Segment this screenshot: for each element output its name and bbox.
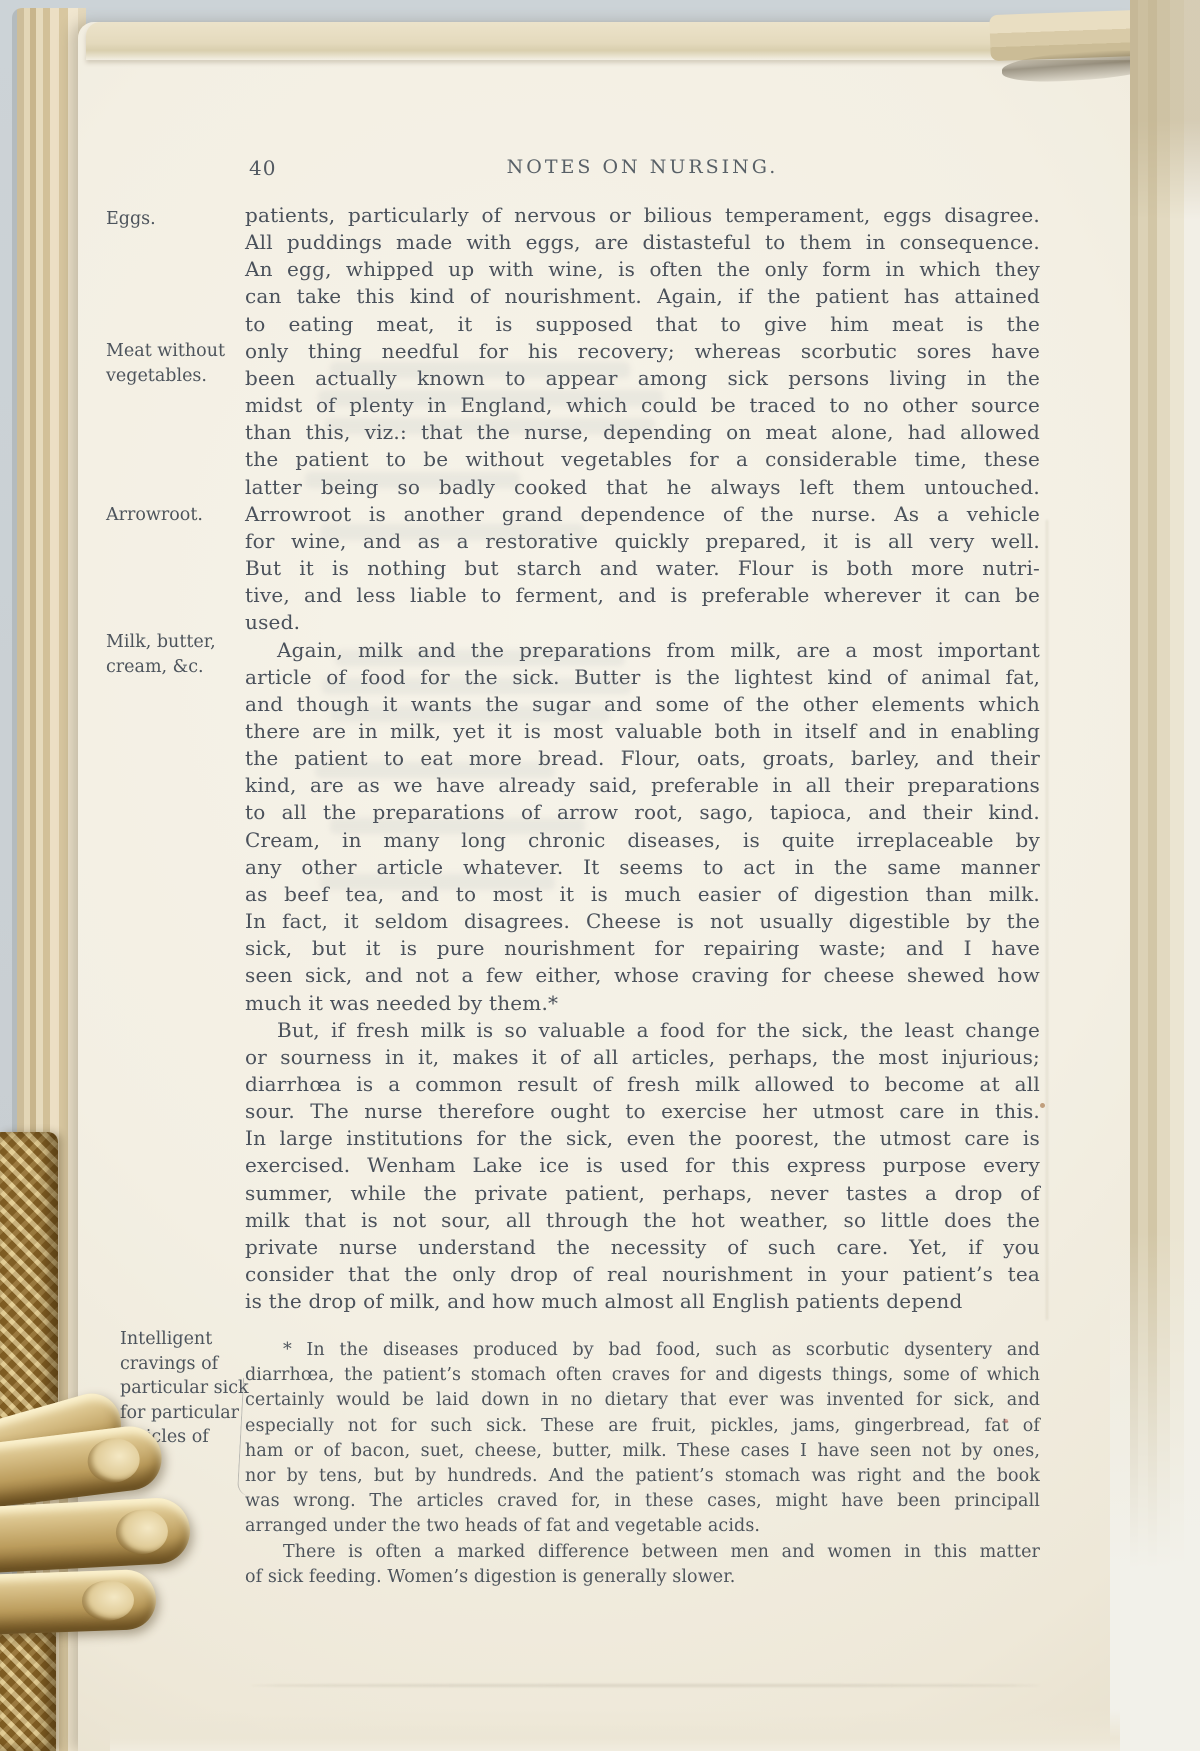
body-line: milk that is not sour, all through the h… [245, 1207, 1040, 1234]
margin-note-line: cravings of [120, 1352, 262, 1377]
brass-hand-page-holder [0, 1398, 204, 1658]
stain-speck [1004, 1419, 1008, 1423]
body-line: any other article whatever. It seems to … [245, 854, 1040, 881]
margin-note-line: vegetables. [106, 364, 248, 389]
running-header-title: NOTES ON NURSING. [507, 156, 779, 178]
page-top-edge [86, 22, 1138, 60]
body-line: kind, are as we have already said, prefe… [245, 772, 1040, 799]
margin-note-meat-without-vegetables: Meat without vegetables. [106, 339, 248, 388]
body-line: can take this kind of nourishment. Again… [245, 283, 1040, 310]
brass-hand-finger [0, 1569, 157, 1635]
body-line: All puddings made with eggs, are distast… [245, 229, 1040, 256]
body-line: to eating meat, it is supposed that to g… [245, 311, 1040, 338]
body-line: patients, particularly of nervous or bil… [245, 202, 1040, 229]
margin-note-line: particular sick [120, 1376, 262, 1401]
body-line: But, if fresh milk is so valuable a food… [245, 1017, 1040, 1044]
running-header: 40 NOTES ON NURSING. [245, 156, 1040, 186]
margin-note-line: Milk, butter, [106, 630, 248, 655]
body-line: than this, viz.: that the nurse, dependi… [245, 419, 1040, 446]
footnote-line: ham or of bacon, suet, cheese, butter, m… [245, 1439, 1040, 1464]
margin-note-line: cream, &c. [106, 655, 248, 680]
brass-finger-nail [115, 1508, 169, 1556]
body-line: and though it wants the sugar and some o… [245, 691, 1040, 718]
body-line: latter being so badly cooked that he alw… [245, 474, 1040, 501]
body-line: to all the preparations of arrow root, s… [245, 799, 1040, 826]
body-line: there are in milk, yet it is most valuab… [245, 718, 1040, 745]
body-line: sick, but it is pure nourishment for rep… [245, 935, 1040, 962]
margin-note-arrowroot: Arrowroot. [106, 503, 248, 528]
body-line: article of food for the sick. Butter is … [245, 664, 1040, 691]
body-line: diarrhœa is a common result of fresh mil… [245, 1071, 1040, 1098]
body-line: sour. The nurse therefore ought to exerc… [245, 1098, 1040, 1125]
body-line: Cream, in many long chronic diseases, is… [245, 827, 1040, 854]
brass-finger-nail [81, 1579, 134, 1622]
page-bottom-edge [110, 1709, 1120, 1751]
body-line: much it was needed by them.* [245, 990, 1040, 1017]
body-line: In large institutions for the sick, even… [245, 1125, 1040, 1152]
page-crease [1046, 520, 1048, 1320]
page-bottom-crease [250, 1684, 1040, 1687]
footnote-line: certainly would be laid down in no dieta… [245, 1388, 1040, 1413]
body-line: or sourness in it, makes it of all artic… [245, 1044, 1040, 1071]
body-line: the patient to eat more bread. Flour, oa… [245, 745, 1040, 772]
margin-note-line: Meat without [106, 339, 248, 364]
body-line: private nurse understand the necessity o… [245, 1234, 1040, 1261]
margin-note-line: Intelligent [120, 1327, 262, 1352]
footnote-text: * In the diseases produced by bad food, … [245, 1338, 1040, 1590]
page-number: 40 [249, 156, 276, 180]
brass-clasp-plate [0, 1132, 58, 1432]
footnote-line: especially not for such sick. These are … [245, 1414, 1040, 1439]
body-line: the patient to be without vegetables for… [245, 446, 1040, 473]
footnote-line: * In the diseases produced by bad food, … [245, 1338, 1040, 1363]
brass-finger-nail [85, 1436, 142, 1486]
margin-note-milk-butter-cream: Milk, butter, cream, &c. [106, 630, 248, 679]
brass-hand-finger [0, 1496, 192, 1573]
body-line: An egg, whipped up with wine, is often t… [245, 256, 1040, 283]
body-line: been actually known to appear among sick… [245, 365, 1040, 392]
body-line: seen sick, and not a few either, whose c… [245, 962, 1040, 989]
bottom-right-page-edge [1110, 1231, 1200, 1751]
footnote-line: There is often a marked difference betwe… [245, 1540, 1040, 1565]
body-line: as beef tea, and to most it is much easi… [245, 881, 1040, 908]
body-line: is the drop of milk, and how much almost… [245, 1288, 1040, 1315]
footnote-line: diarrhœa, the patient’s stomach often cr… [245, 1363, 1040, 1388]
margin-note-line: Arrowroot. [106, 503, 248, 528]
body-line: for wine, and as a restorative quickly p… [245, 528, 1040, 555]
body-line: Again, milk and the preparations from mi… [245, 637, 1040, 664]
margin-note-line: Eggs. [106, 207, 248, 232]
body-line: only thing needful for his recovery; whe… [245, 338, 1040, 365]
body-line: But it is nothing but starch and water. … [245, 555, 1040, 582]
body-line: In fact, it seldom disagrees. Cheese is … [245, 908, 1040, 935]
body-line: summer, while the private patient, perha… [245, 1180, 1040, 1207]
footnote-line: arranged under the two heads of fat and … [245, 1514, 1040, 1539]
body-line: consider that the only drop of real nour… [245, 1261, 1040, 1288]
body-line: midst of plenty in England, which could … [245, 392, 1040, 419]
body-text: patients, particularly of nervous or bil… [245, 202, 1040, 1315]
body-line: Arrowroot is another grand dependence of… [245, 501, 1040, 528]
footnote-line: was wrong. The articles craved for, in t… [245, 1489, 1040, 1514]
body-line: used. [245, 609, 1040, 636]
body-line: tive, and less liable to ferment, and is… [245, 582, 1040, 609]
body-line: exercised. Wenham Lake ice is used for t… [245, 1152, 1040, 1179]
footnote-line: of sick feeding. Women’s digestion is ge… [245, 1565, 1040, 1590]
margin-note-eggs: Eggs. [106, 207, 248, 232]
footnote-line: nor by tens, but by hundreds. And the pa… [245, 1464, 1040, 1489]
book-photo-scene: 40 NOTES ON NURSING. Eggs. Meat without … [0, 0, 1200, 1751]
stain-speck [1040, 1103, 1045, 1108]
